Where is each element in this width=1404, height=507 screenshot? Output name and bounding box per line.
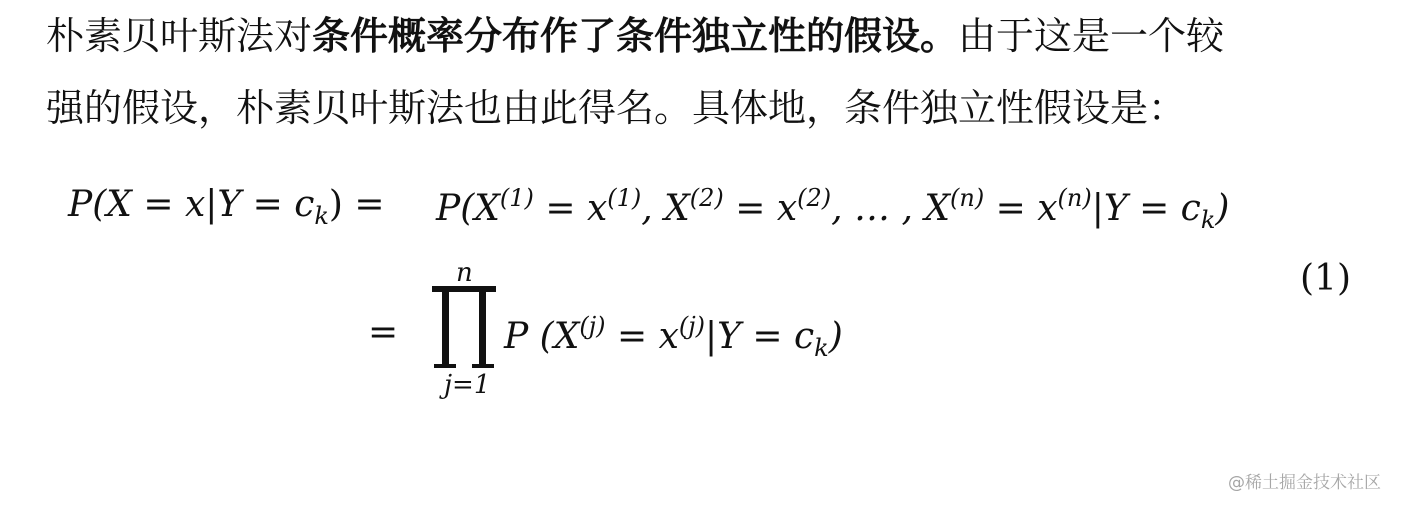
term-text: = x: [606, 316, 679, 357]
term-condition: |Y = c: [705, 316, 814, 357]
rhs-p-open: P(X: [436, 188, 500, 229]
sub: k: [814, 334, 829, 362]
equation-number: (1): [1300, 258, 1351, 299]
paragraph: 朴素贝叶斯法对条件概率分布作了条件独立性的假设。由于这是一个较 强的假设，朴素贝…: [46, 0, 1366, 144]
rhs-close: ): [1215, 188, 1229, 229]
watermark: @稀土掘金技术社区: [1228, 468, 1381, 493]
rhs-text: = x: [984, 188, 1057, 229]
paragraph-line-1: 朴素贝叶斯法对条件概率分布作了条件独立性的假设。由于这是一个较: [46, 0, 1366, 72]
text-normal: 由于这是一个较: [958, 14, 1224, 58]
sup: (n): [950, 184, 984, 212]
sup: (2): [797, 184, 831, 212]
sub: k: [1201, 206, 1216, 234]
equation-row2-term: P (X(j) = x(j)|Y = ck): [504, 312, 843, 362]
term-close: ): [829, 316, 843, 357]
rhs-text: , … , X: [831, 188, 950, 229]
sup: (n): [1058, 184, 1092, 212]
text-bold-emphasis: 条件概率分布作了条件独立性的假设。: [312, 14, 958, 58]
rhs-text: = x: [724, 188, 797, 229]
rhs-text: = x: [534, 188, 607, 229]
sup: (2): [690, 184, 724, 212]
sup: (1): [500, 184, 534, 212]
lhs-text: P(X = x|Y = c: [68, 184, 314, 225]
sup: (j): [579, 312, 605, 340]
equation-row1-lhs: P(X = x|Y = ck) =: [68, 184, 385, 230]
paragraph-line-2: 强的假设，朴素贝叶斯法也由此得名。具体地，条件独立性假设是：: [46, 72, 1366, 144]
equation-row1-rhs: P(X(1) = x(1), X(2) = x(2), … , X(n) = x…: [436, 184, 1229, 234]
product-upper-limit: n: [456, 258, 473, 288]
sup: (1): [607, 184, 641, 212]
lhs-subscript: k: [314, 202, 329, 230]
text-normal: 朴素贝叶斯法对: [46, 14, 312, 58]
term-text: P (X: [504, 316, 579, 357]
product-symbol-icon: [432, 286, 496, 368]
product-lower-limit: j=1: [444, 370, 490, 400]
lhs-close: ) =: [329, 184, 385, 225]
rhs-condition: |Y = c: [1092, 188, 1201, 229]
rhs-text: , X: [641, 188, 690, 229]
equation-row2-equals: =: [368, 312, 398, 353]
sup: (j): [679, 312, 705, 340]
